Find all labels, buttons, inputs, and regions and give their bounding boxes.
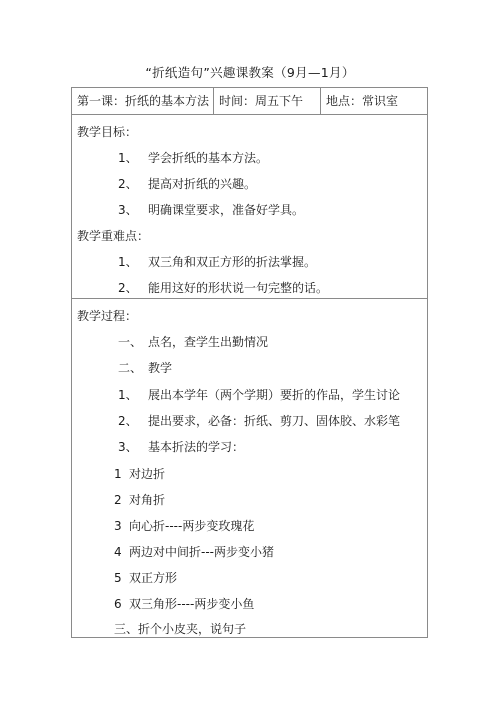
fold-text: 双正方形: [129, 570, 177, 586]
fold-number: 6: [114, 596, 122, 612]
lesson-plan-table: 第一课：折纸的基本方法 时间：周五下午 地点：常识室 教学目标： 1、 学会折纸…: [71, 87, 428, 638]
place-cell: 地点：常识室: [321, 88, 427, 114]
step-number: 1、: [118, 387, 138, 403]
key-point-text: 能用这好的形状说一句完整的话。: [148, 280, 328, 296]
step-number: 一、: [118, 334, 142, 350]
goal-text: 明确课堂要求，准备好学具。: [148, 202, 304, 218]
goals-heading: 教学目标：: [77, 124, 137, 140]
document-title: “折纸造句”兴趣课教案（9月—1月）: [0, 63, 500, 81]
lesson-cell: 第一课：折纸的基本方法: [72, 88, 214, 114]
step-number: 3、: [118, 439, 138, 455]
step-text: 基本折法的学习：: [148, 439, 244, 455]
step-number: 二、: [118, 360, 142, 376]
fold-text: 对角折: [129, 492, 165, 508]
fold-number: 1: [114, 466, 122, 482]
key-point-number: 2、: [118, 280, 138, 296]
goal-text: 提高对折纸的兴趣。: [148, 176, 256, 192]
key-point-number: 1、: [118, 254, 138, 270]
fold-number: 5: [114, 570, 122, 586]
step-text: 提出要求，必备：折纸、剪刀、固体胶、水彩笔: [148, 413, 400, 429]
step-number: 2、: [118, 413, 138, 429]
goals-section: 教学目标： 1、 学会折纸的基本方法。 2、 提高对折纸的兴趣。 3、 明确课堂…: [72, 115, 427, 298]
fold-text: 向心折----两步变玫瑰花: [129, 518, 254, 534]
process-section: 教学过程： 一、 点名，查学生出勤情况 二、 教学 1、 展出本学年（两个学期）…: [72, 298, 427, 637]
process-heading: 教学过程：: [77, 308, 137, 324]
key-points-heading: 教学重难点：: [77, 228, 149, 244]
goal-number: 3、: [118, 202, 138, 218]
fold-number: 4: [114, 544, 122, 560]
time-cell: 时间：周五下午: [214, 88, 321, 114]
final-step: 三、折个小皮夹，说句子: [114, 621, 246, 637]
goal-number: 1、: [118, 150, 138, 166]
key-point-text: 双三角和双正方形的折法掌握。: [148, 254, 316, 270]
fold-text: 两边对中间折---两步变小猪: [129, 544, 274, 560]
step-text: 展出本学年（两个学期）要折的作品，学生讨论: [148, 387, 400, 403]
step-text: 点名，查学生出勤情况: [148, 334, 268, 350]
goal-number: 2、: [118, 176, 138, 192]
goal-text: 学会折纸的基本方法。: [148, 150, 268, 166]
fold-text: 双三角形----两步变小鱼: [129, 596, 254, 612]
header-row: 第一课：折纸的基本方法 时间：周五下午 地点：常识室: [72, 88, 427, 115]
fold-number: 3: [114, 518, 122, 534]
fold-number: 2: [114, 492, 122, 508]
step-text: 教学: [148, 360, 172, 376]
fold-text: 对边折: [129, 466, 165, 482]
